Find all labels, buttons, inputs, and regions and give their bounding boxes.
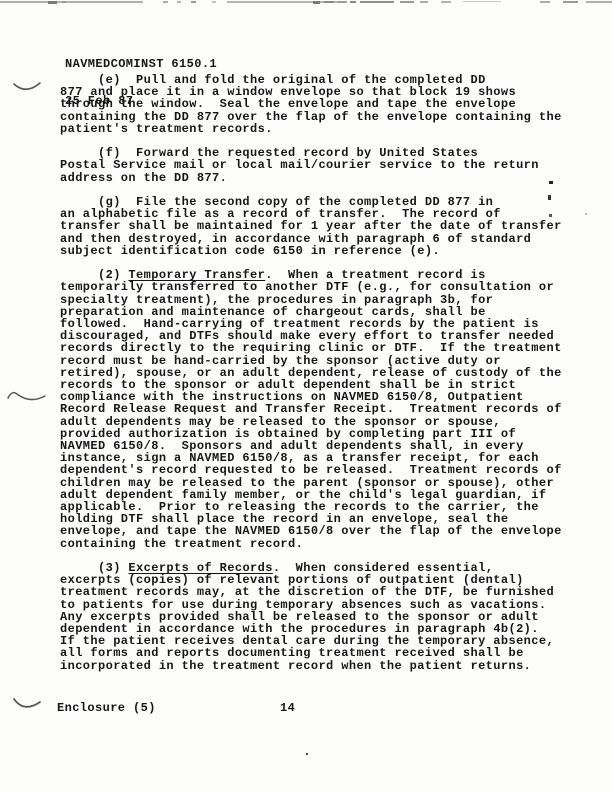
scan-artifact-segment <box>177 1 181 3</box>
scan-speck <box>585 213 587 215</box>
scan-artifact-segment <box>420 1 428 3</box>
para-text: File the second copy of the completed DD… <box>60 195 562 258</box>
scan-artifact-segment <box>0 1 143 3</box>
para-text: . When a treatment record is temporarily… <box>60 268 562 550</box>
para-f: (f) Forward the requested record by Unit… <box>60 147 562 184</box>
scan-artifact-segment <box>400 1 414 3</box>
scan-speck <box>548 195 551 200</box>
scan-artifact-segment <box>62 1 66 3</box>
scan-artifact-segment <box>191 1 196 3</box>
handwritten-check-mark-icon <box>6 387 46 408</box>
enclosure-label: Enclosure (5) <box>57 702 156 714</box>
para-text: . When considered essential, excerpts (c… <box>60 561 554 673</box>
scan-artifact-segment <box>350 1 356 3</box>
para-g: (g) File the second copy of the complete… <box>60 196 562 257</box>
instruction-number: NAVMEDCOMINST 6150.1 <box>65 58 217 70</box>
scan-artifact-segment <box>360 1 394 3</box>
scan-artifact-segment <box>463 1 501 2</box>
scan-speck <box>549 214 552 217</box>
para-text: Pull and fold the original of the comple… <box>60 73 562 136</box>
scan-speck <box>306 753 308 755</box>
scan-artifact-segment <box>324 1 334 3</box>
scanned-document-page: NAVMEDCOMINST 6150.1 25 Feb 87 (e) Pull … <box>0 0 612 792</box>
scan-artifact-segment <box>48 1 57 4</box>
scan-artifact-segment <box>338 1 346 3</box>
scan-artifact-segment <box>563 1 578 3</box>
para-2-temporary-transfer: (2) Temporary Transfer. When a treatment… <box>60 269 562 550</box>
para-e: (e) Pull and fold the original of the co… <box>60 74 562 135</box>
page-number: 14 <box>280 702 295 714</box>
para-3-excerpts-of-records: (3) Excerpts of Records. When considered… <box>60 562 562 672</box>
scan-artifact-segment <box>163 1 168 3</box>
scan-artifact-segment <box>586 1 612 3</box>
scan-artifact-segment <box>212 1 216 3</box>
handwritten-check-mark-icon <box>12 695 43 716</box>
handwritten-check-mark-icon <box>12 79 43 98</box>
scan-artifact-segment <box>441 1 451 3</box>
scan-speck <box>549 181 553 184</box>
scan-artifact-segment <box>313 1 320 4</box>
document-body: (e) Pull and fold the original of the co… <box>60 74 562 672</box>
scan-artifact-segment <box>540 1 550 3</box>
